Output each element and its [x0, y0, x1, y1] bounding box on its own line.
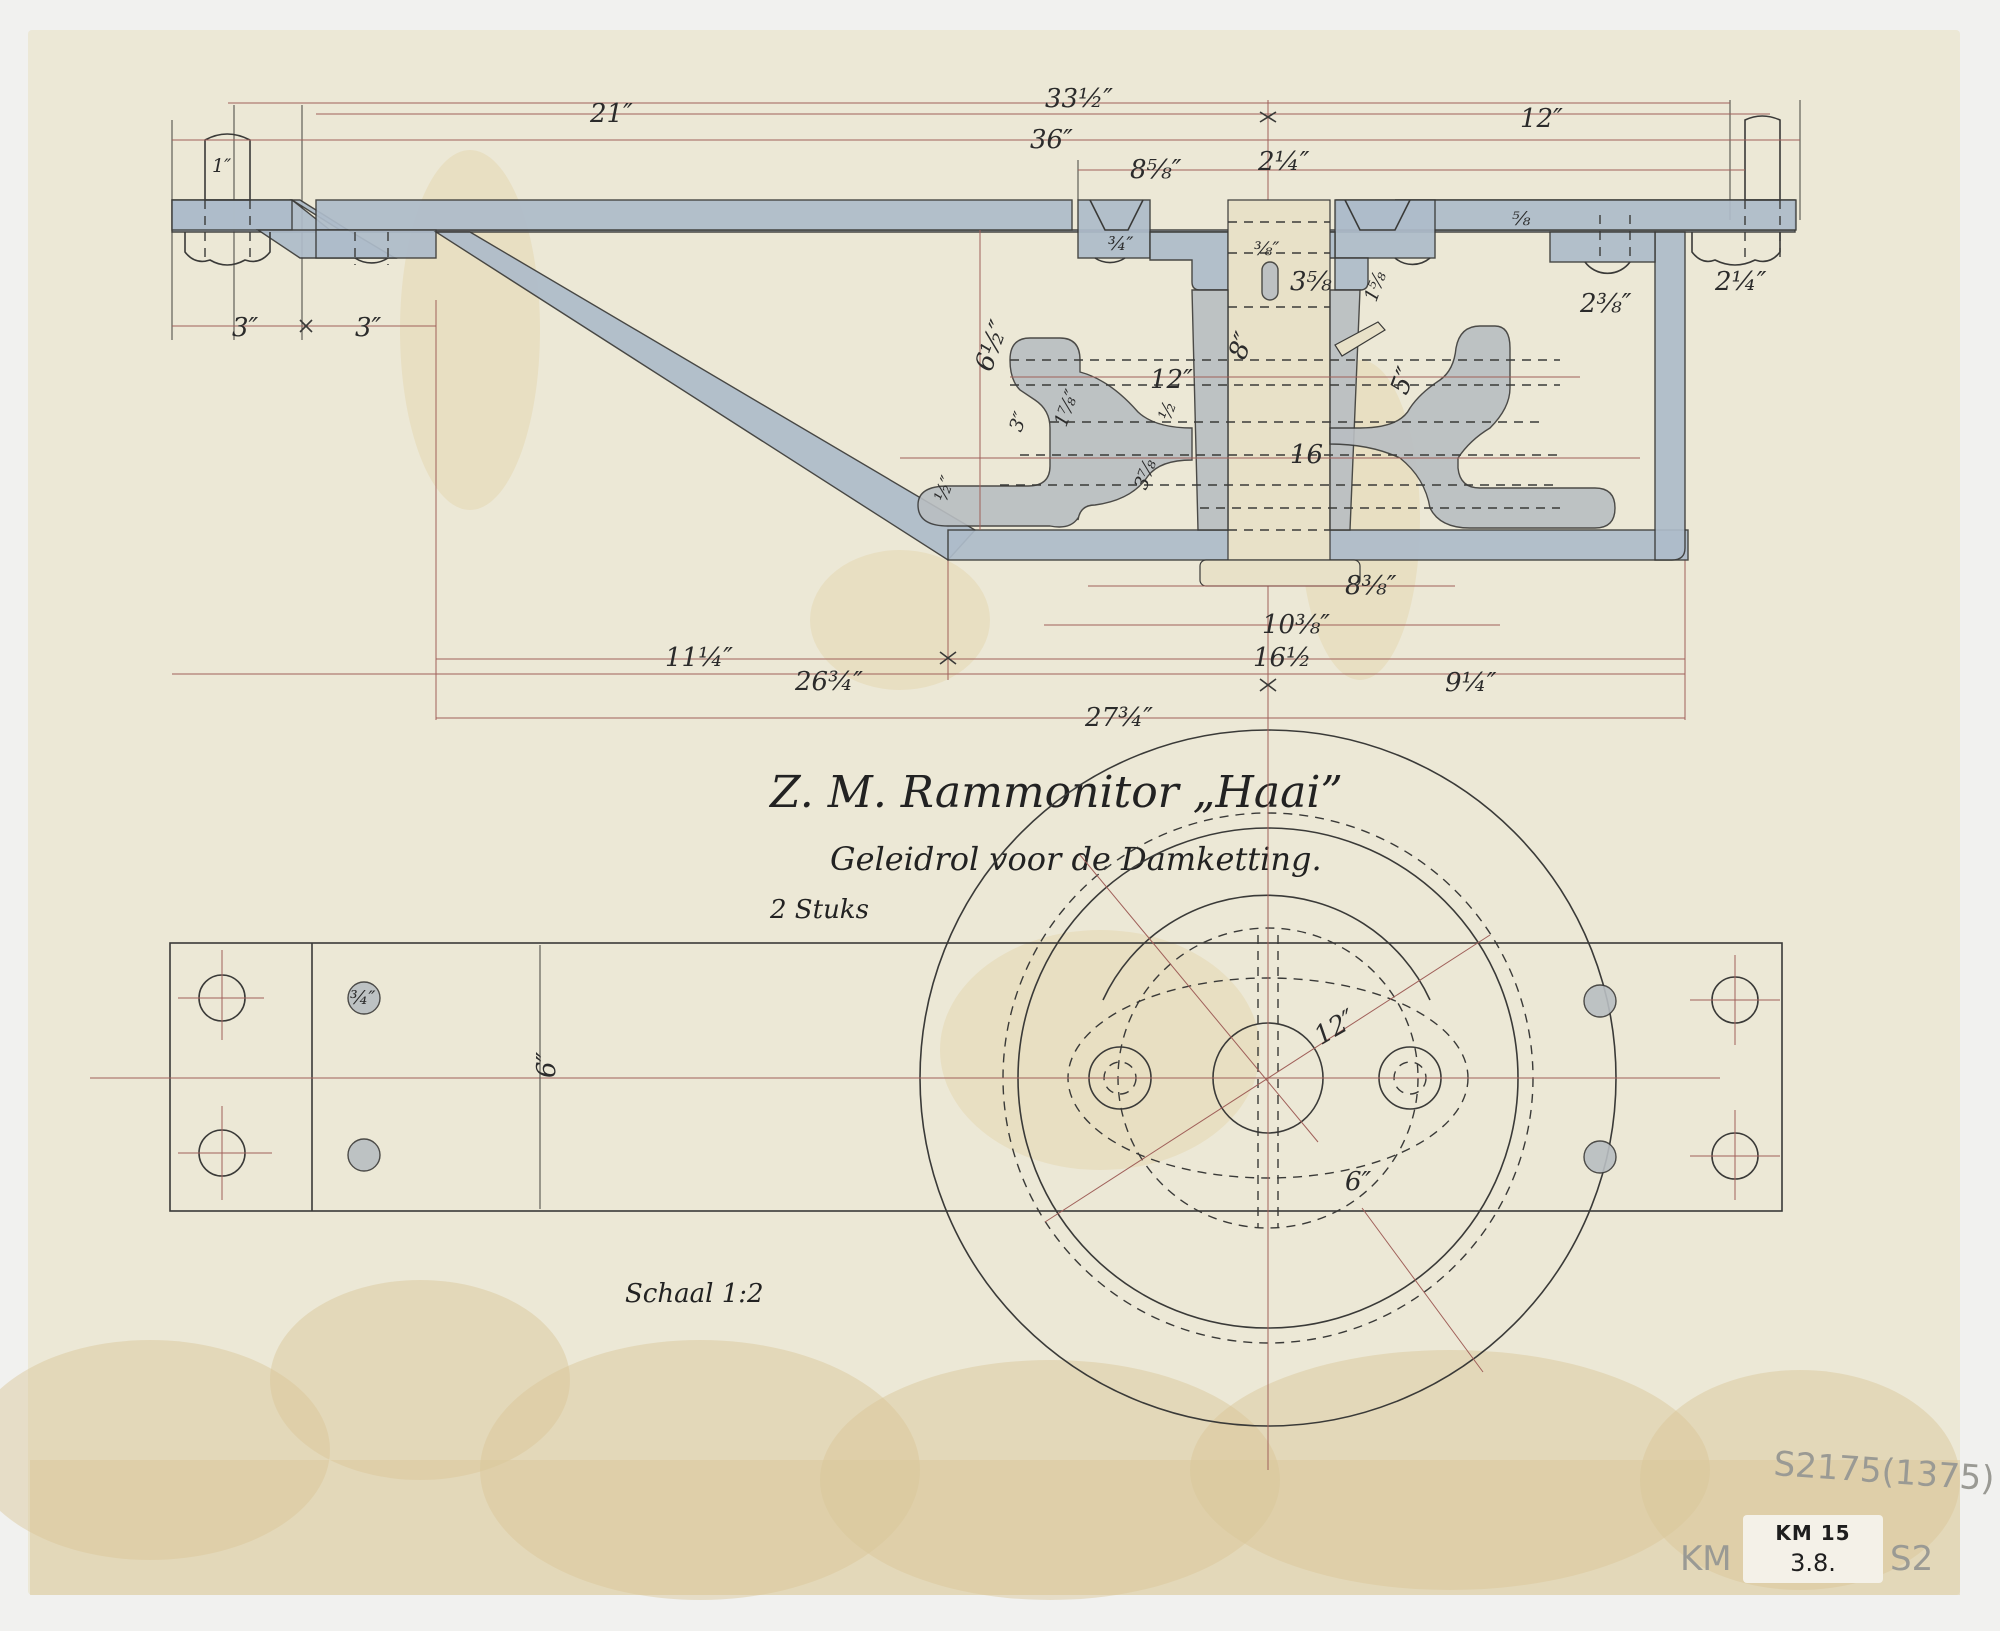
archive-label-line2: 3.8.	[1790, 1549, 1836, 1577]
dim-right-clearance: 2⅜″	[1579, 289, 1632, 319]
dim-radius-6: 6″	[1345, 1167, 1372, 1197]
dim-pin-half: 2¼″	[1257, 147, 1310, 177]
dim-lower-27-75: 27¾″	[1084, 703, 1153, 733]
dim-lower-26-75: 26¾″	[794, 667, 863, 697]
dim-left-21: 21″	[589, 99, 633, 129]
dim-bolt-hole: ¾″	[1108, 233, 1134, 255]
dim-lower-11-25: 11¼″	[665, 643, 733, 673]
dim-lower-16-5: 16½	[1253, 643, 1311, 673]
dim-plate-width: 6″	[532, 1051, 562, 1078]
dim-lower-9-25: 9¼″	[1445, 668, 1497, 698]
drawing-title: Z. M. Rammonitor „Haai”	[768, 767, 1343, 818]
dim-base-8-3-8: 8⅜″	[1345, 571, 1397, 601]
technical-drawing-sheet: 33½″ 21″ 12″ 36″ 1″ 3″ 3″ 8⅝″ 2¼″ ¾″ ⅝ ⅜…	[0, 0, 2000, 1631]
pencil-km-mark: KM	[1680, 1539, 1732, 1579]
dim-right-nut: 2¼″	[1714, 267, 1767, 297]
archive-label-line1: KM 15	[1775, 1521, 1850, 1545]
drawing-quantity: 2 Stuks	[769, 895, 869, 925]
dim-bolt-width: 1″	[212, 155, 231, 177]
dim-overall-36: 36″	[1030, 125, 1073, 155]
dim-plate-thickness: ⅝	[1512, 208, 1531, 230]
dim-pocket-width: 8⅝″	[1130, 155, 1182, 185]
drawing-scale: Schaal 1:2	[625, 1279, 764, 1309]
dim-right-12: 12″	[1520, 104, 1563, 134]
archive-label-card: KM 15 3.8.	[1743, 1515, 1883, 1583]
dim-roller-span: 16	[1290, 440, 1323, 470]
pencil-partial-mark: S2	[1890, 1539, 1933, 1579]
dim-left-offset-b: 3″	[355, 313, 382, 343]
dim-slot-width: ⅜″	[1254, 238, 1280, 260]
dim-slot-offset: 3⅝	[1290, 267, 1333, 297]
dim-roller-dia: 12″	[1150, 365, 1193, 395]
dim-overall-33-5: 33½″	[1045, 84, 1113, 114]
drawing-subtitle: Geleidrol voor de Damketting.	[830, 840, 1322, 878]
dim-bolt-dia: ¾″	[350, 987, 376, 1009]
dim-base-10-3-8: 10⅜″	[1262, 610, 1330, 640]
dim-left-offset-a: 3″	[232, 313, 259, 343]
